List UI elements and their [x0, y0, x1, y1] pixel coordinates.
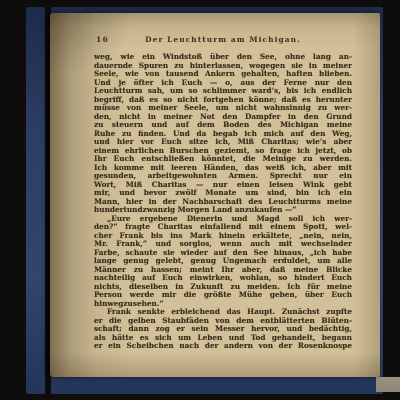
scan-background: 16 Der Leuchtturm am Michigan. weg, wie …	[0, 0, 400, 400]
running-title: Der Leuchtturm am Michigan.	[94, 35, 352, 45]
body-text: weg, wie ein Windstoß über den See, ohne…	[94, 53, 352, 351]
page-header: 16 Der Leuchtturm am Michigan.	[94, 35, 352, 45]
page-number: 16	[96, 35, 109, 45]
text-line: er ein Scheibchen nach der andern von de…	[94, 342, 352, 351]
book-page: 16 Der Leuchtturm am Michigan. weg, wie …	[50, 13, 380, 377]
book-board-edge	[376, 377, 400, 392]
